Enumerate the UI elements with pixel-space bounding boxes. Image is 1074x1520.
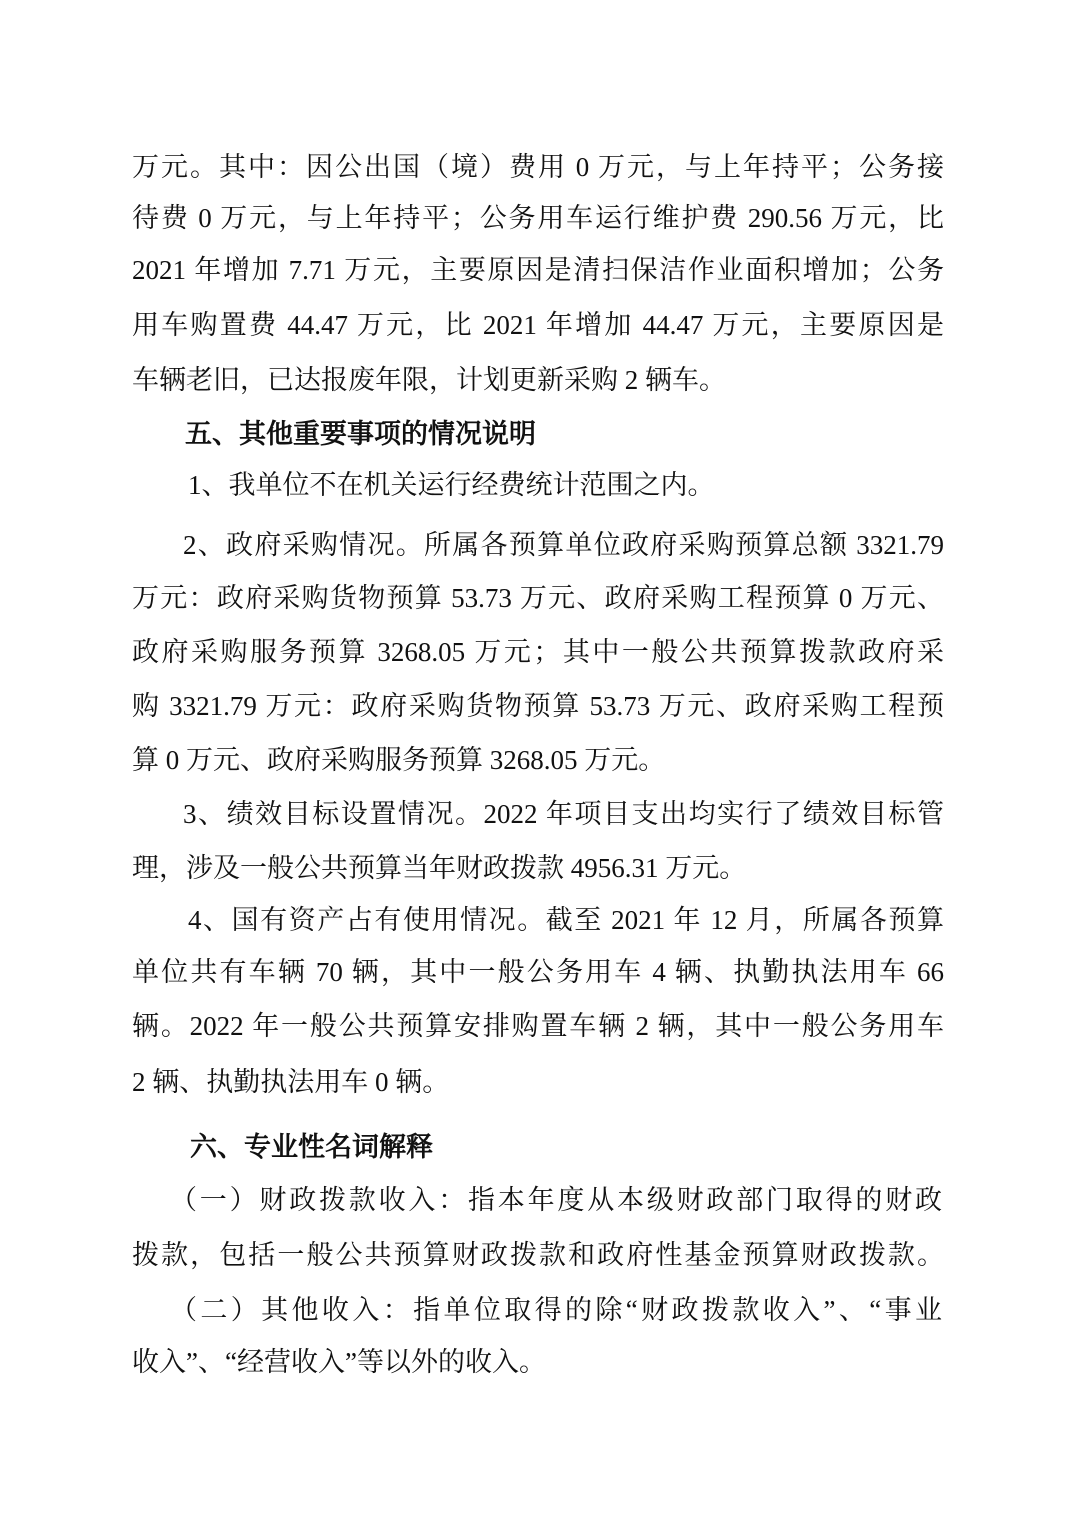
text-line: 万元：政府采购货物预算 53.73 万元、政府采购工程预算 0 万元、 [132, 578, 944, 618]
text-line: 拨款，包括一般公共预算财政拨款和政府性基金预算财政拨款。 [132, 1235, 944, 1275]
text-line: （一）财政拨款收入：指本年度从本级财政部门取得的财政 [170, 1180, 942, 1220]
text-line: 算 0 万元、政府采购服务预算 3268.05 万元。 [132, 740, 944, 780]
text-line: 万元。其中：因公出国（境）费用 0 万元，与上年持平；公务接 [132, 147, 944, 187]
text-line: 待费 0 万元，与上年持平；公务用车运行维护费 290.56 万元，比 [132, 198, 944, 238]
section-heading: 六、专业性名词解释 [190, 1128, 1002, 1168]
text-line: 2021 年增加 7.71 万元，主要原因是清扫保洁作业面积增加；公务 [132, 250, 944, 290]
text-line: 4、国有资产占有使用情况。截至 2021 年 12 月，所属各预算 [188, 900, 944, 940]
text-line: 用车购置费 44.47 万元，比 2021 年增加 44.47 万元，主要原因是 [132, 305, 944, 345]
text-line: 2 辆、执勤执法用车 0 辆。 [132, 1062, 944, 1102]
text-line: 政府采购服务预算 3268.05 万元；其中一般公共预算拨款政府采 [132, 632, 944, 672]
text-line: 单位共有车辆 70 辆，其中一般公务用车 4 辆、执勤执法用车 66 [132, 952, 944, 992]
section-heading: 五、其他重要事项的情况说明 [185, 415, 997, 455]
text-line: 理，涉及一般公共预算当年财政拨款 4956.31 万元。 [132, 848, 944, 888]
text-line: 购 3321.79 万元：政府采购货物预算 53.73 万元、政府采购工程预 [132, 686, 944, 726]
text-line: 辆。2022 年一般公共预算安排购置车辆 2 辆，其中一般公务用车 [132, 1006, 944, 1046]
text-line: 3、绩效目标设置情况。2022 年项目支出均实行了绩效目标管 [183, 794, 944, 834]
text-line: 1、我单位不在机关运行经费统计范围之内。 [188, 465, 1000, 505]
text-line: （二）其他收入：指单位取得的除“财政拨款收入”、“事业 [170, 1290, 942, 1330]
text-line: 2、政府采购情况。所属各预算单位政府采购预算总额 3321.79 [183, 525, 944, 565]
text-line: 收入”、“经营收入”等以外的收入。 [132, 1342, 944, 1382]
text-line: 车辆老旧，已达报废年限，计划更新采购 2 辆车。 [132, 360, 944, 400]
